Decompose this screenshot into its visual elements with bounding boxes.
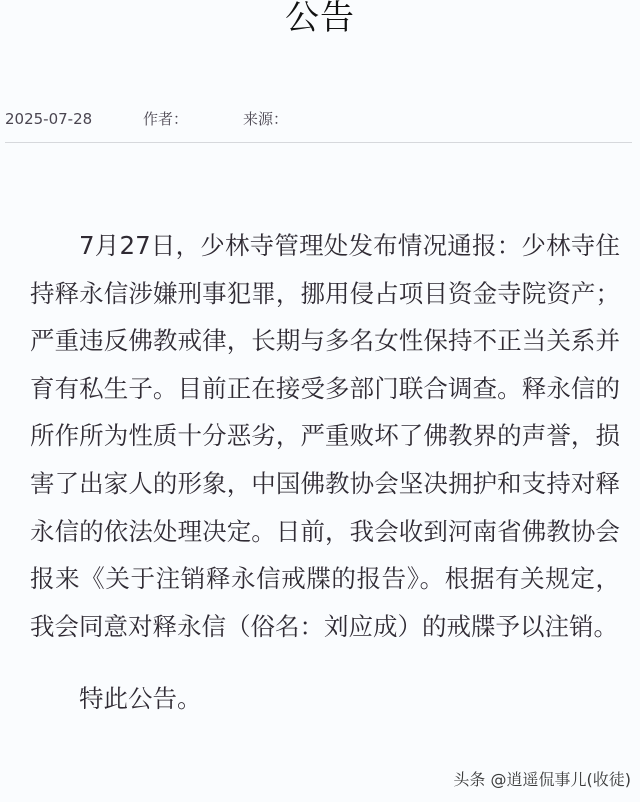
source-label: 来源： <box>243 107 288 131</box>
header-divider <box>5 142 632 143</box>
page-title: 公告 <box>0 0 640 42</box>
announcement-body: 7月27日，少林寺管理处发布情况通报：少林寺住持释永信涉嫌刑事犯罪，挪用侵占项目… <box>30 222 620 723</box>
closing-line: 特此公告。 <box>30 675 620 723</box>
body-paragraph: 7月27日，少林寺管理处发布情况通报：少林寺住持释永信涉嫌刑事犯罪，挪用侵占项目… <box>30 222 620 650</box>
author-label: 作者： <box>143 107 188 131</box>
source-watermark: 头条 @逍遥侃事儿(收徒) <box>453 767 631 790</box>
publish-date: 2025-07-28 <box>5 107 92 131</box>
announcement-page: 公告 2025-07-28 作者： 来源： 7月27日，少林寺管理处发布情况通报… <box>0 0 640 802</box>
